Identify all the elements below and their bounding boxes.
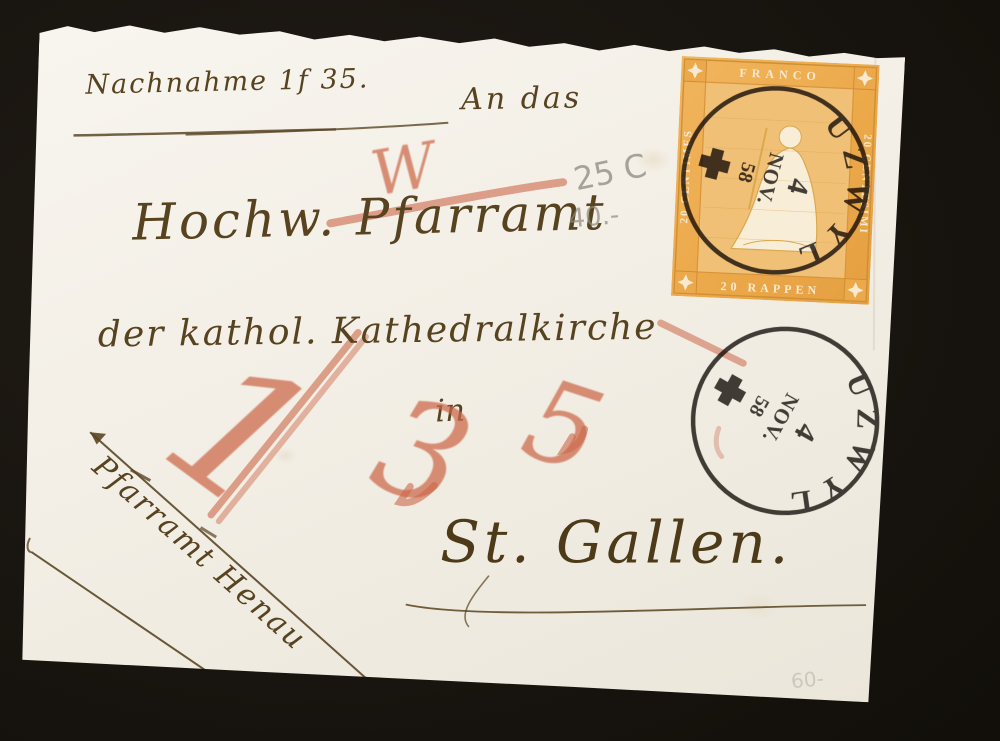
swiss-cross-icon [710, 370, 751, 411]
address-line2: der kathol. Kathedralkirche [98, 307, 658, 356]
photo-background: Nachnahme 1f 35. An das Hochw. Pfarramt … [0, 0, 1000, 741]
postal-cover: Nachnahme 1f 35. An das Hochw. Pfarramt … [15, 18, 906, 707]
postmark-year: 58 [733, 160, 759, 185]
an-das-text: An das [461, 81, 582, 118]
postmark-town: UZWYL [766, 357, 889, 524]
nachnahme-endorsement: Nachnahme 1f 35. [85, 63, 370, 100]
address-line1: Hochw. Pfarramt [132, 183, 608, 252]
pencil-corner-note: 60- [790, 666, 825, 693]
postmark-month: NOV. [752, 150, 789, 208]
postmark-day: 4 [780, 175, 816, 198]
svg-text:UZWYL: UZWYL [766, 357, 889, 524]
postmark-on-cover: UZWYL 4 NOV. 58 [681, 317, 889, 525]
pencil-note-40: 40.- [567, 200, 620, 234]
postmark-on-stamp: UZWYL 4 NOV. 58 [672, 77, 880, 285]
crayon-w-mark: W [366, 128, 441, 211]
swiss-cross-icon [696, 145, 733, 182]
